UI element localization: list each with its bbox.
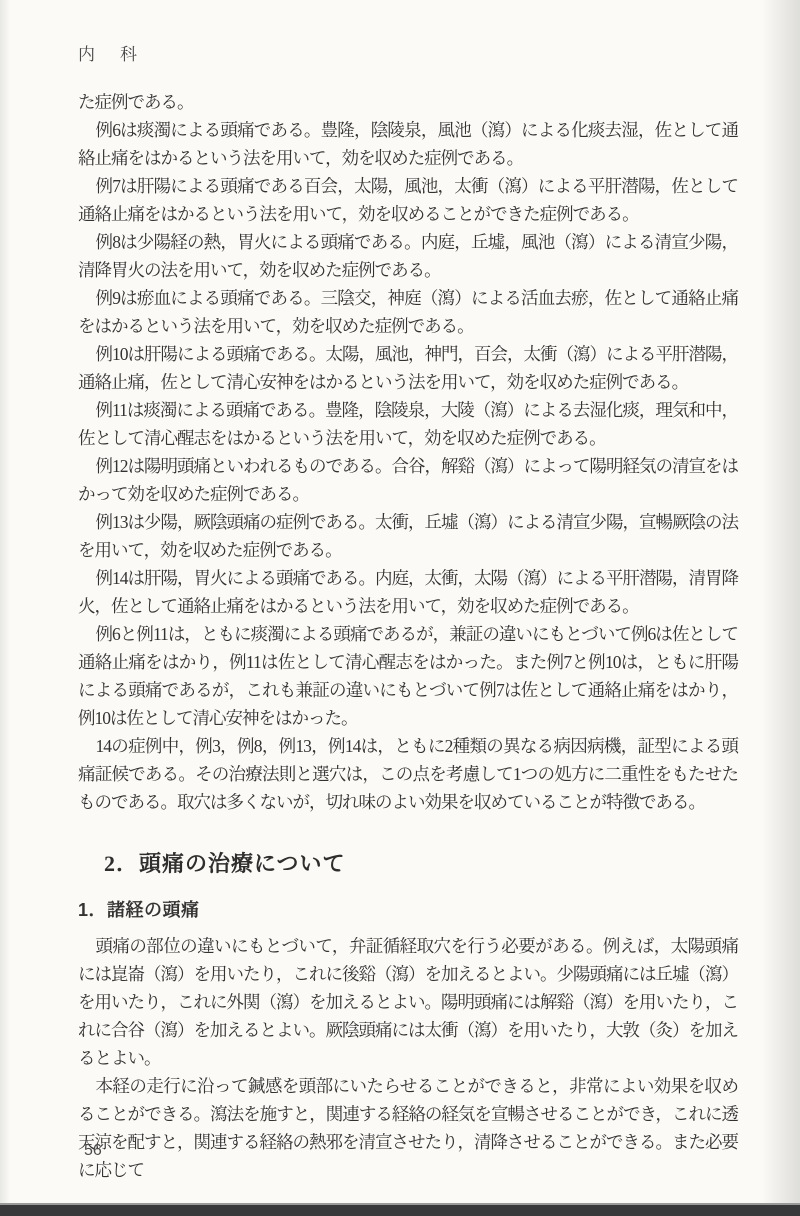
scanned-book-page: 内 科 た症例である。例6は痰濁による頭痛である。豊隆，陰陵泉，風池（瀉）による… [0, 0, 800, 1216]
paragraph: 例11は痰濁による頭痛である。豊隆，陰陵泉，大陵（瀉）による去湿化痰，理気和中，… [78, 396, 738, 452]
paragraph: 例13は少陽，厥陰頭痛の症例である。太衝，丘墟（瀉）による清宣少陽，宣暢厥陰の法… [78, 508, 738, 564]
paragraph: 例9は瘀血による頭痛である。三陰交，神庭（瀉）による活血去瘀，佐として通絡止痛を… [78, 284, 738, 340]
paragraph: 例8は少陽経の熱，胃火による頭痛である。内庭，丘墟，風池（瀉）による清宣少陽，清… [78, 228, 738, 284]
page-number: 56 [84, 1142, 102, 1160]
paragraph: 頭痛の部位の違いにもとづいて，弁証循経取穴を行う必要がある。例えば，太陽頭痛には… [78, 932, 738, 1072]
running-header: 内 科 [78, 40, 141, 65]
paragraph: 例6と例11は，ともに痰濁による頭痛であるが，兼証の違いにもとづいて例6は佐とし… [78, 620, 738, 732]
paragraph: 例14は肝陽，胃火による頭痛である。内庭，太衝，太陽（瀉）による平肝潜陽，清胃降… [78, 564, 738, 620]
scan-edge-right-shadow [762, 0, 800, 1216]
case-summary-paragraphs: た症例である。例6は痰濁による頭痛である。豊隆，陰陵泉，風池（瀉）による化痰去湿… [78, 88, 738, 816]
subsection-heading: 1．諸経の頭痛 [78, 896, 738, 924]
paragraph: 本経の走行に沿って鍼感を頭部にいたらせることができると，非常によい効果を収めるこ… [78, 1072, 738, 1184]
paragraph: た症例である。 [78, 88, 738, 116]
paragraph: 例7は肝陽による頭痛である百会，太陽，風池，太衝（瀉）による平肝潜陽，佐として通… [78, 172, 738, 228]
scan-edge-left-shadow [0, 0, 10, 1216]
paragraph: 14の症例中，例3，例8，例13，例14は，ともに2種類の異なる病因病機，証型に… [78, 732, 738, 816]
paragraph: 例12は陽明頭痛といわれるものである。合谷，解谿（瀉）によって陽明経気の清宣をは… [78, 452, 738, 508]
section-heading: 2．頭痛の治療について [104, 850, 738, 878]
paragraph: 例10は肝陽による頭痛である。太陽，風池，神門，百会，太衝（瀉）による平肝潜陽，… [78, 340, 738, 396]
treatment-paragraphs: 頭痛の部位の違いにもとづいて，弁証循経取穴を行う必要がある。例えば，太陽頭痛には… [78, 932, 738, 1184]
scan-edge-bottom-band [0, 1203, 800, 1216]
text-column: た症例である。例6は痰濁による頭痛である。豊隆，陰陵泉，風池（瀉）による化痰去湿… [78, 88, 738, 1184]
paragraph: 例6は痰濁による頭痛である。豊隆，陰陵泉，風池（瀉）による化痰去湿，佐として通絡… [78, 116, 738, 172]
